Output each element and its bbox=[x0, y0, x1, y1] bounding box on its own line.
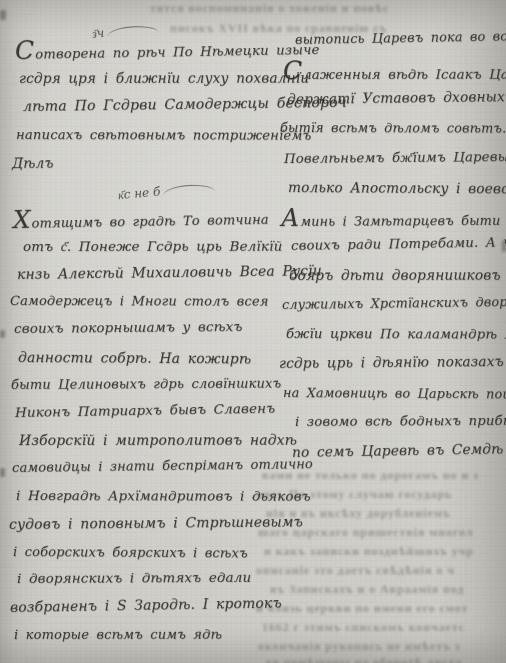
handwriting-line: служилыхъ Хрстїанскихъ дворы Свтое bbox=[282, 294, 506, 313]
right-column-block: вытопись Царевъ пока во всѣ дниСлаженныя… bbox=[0, 0, 506, 663]
handwriting-line: бояръ дѣти дворянишковъ здорово bbox=[289, 268, 506, 284]
handwriting-line: только Апостольску і воеводѣ вѣрно bbox=[288, 180, 506, 198]
handwriting-line: по семъ Царевѣ въ Семдѣ рѣкну дн҃ь bbox=[292, 440, 506, 461]
handwriting-line: бытїя всѣмъ дѣломъ совѣтъ. при bbox=[280, 121, 506, 137]
handwriting-line: і зовомо всѣ бодныхъ прибѣгши bbox=[295, 414, 506, 430]
handwriting-line: вытопись Царевъ пока во всѣ дни bbox=[295, 29, 506, 48]
handwriting-line: Аминь і Замѣтарцевъ быти человѣкъ bbox=[281, 208, 506, 231]
handwriting-line: держатї Уставовъ дховныхъ народа bbox=[287, 88, 506, 108]
manuscript-facsimile-page: тятся воспоминанія о хоженіи и повѣсписо… bbox=[0, 0, 506, 663]
handwriting-line: гсдрь црь і дѣянїю показахъ бѣ bbox=[279, 354, 506, 372]
handwriting-line: своихъ ради Потребами. А чѣмъ bbox=[291, 235, 506, 254]
handwriting-line: Слаженныя вѣдѣ Ісаакъ Царевъ bbox=[283, 62, 506, 83]
handwriting-line: Повелѣньемъ бж҃їимъ Царевымъ быти bbox=[284, 148, 506, 167]
handwriting-line: на Хамовницѣ во Царьскѣ поихъ bbox=[283, 386, 506, 403]
handwriting-line: бжїи цркви По каламандрѣ Вышнѣ bbox=[286, 327, 506, 343]
